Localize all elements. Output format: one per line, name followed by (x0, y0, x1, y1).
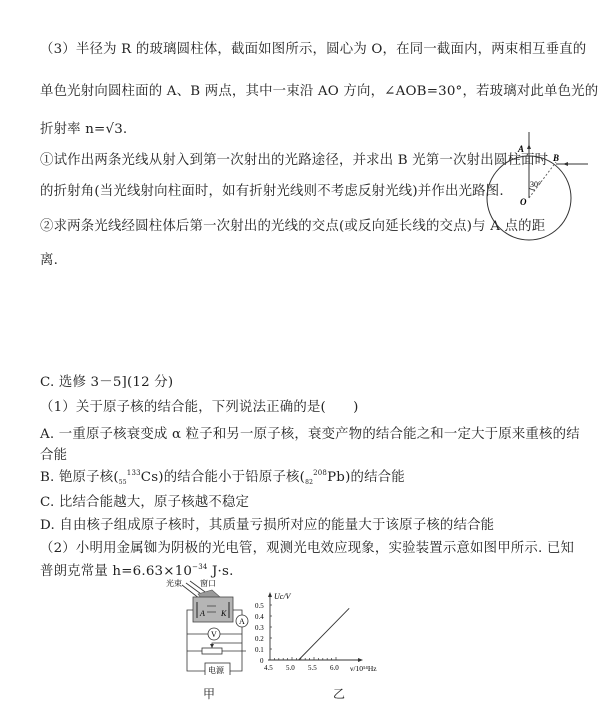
option-A-line-1: A. 一重原子核衰变成 α 粒子和另一原子核，衰变产物的结合能之和一定大于原来重… (40, 423, 580, 442)
label-cathode: K (220, 609, 227, 618)
x-tick-marks (274, 657, 336, 660)
label-O: O (520, 197, 527, 207)
wire-right-lower (230, 627, 242, 671)
option-C: C. 比结合能越大，原子核越不稳定 (40, 491, 249, 510)
y-tick-0.4: 0.4 (255, 613, 264, 621)
refraction-index-label: 折射率 n= (40, 122, 105, 137)
ray-B-arrow-icon (563, 162, 568, 166)
pb-symbol: Pb (327, 470, 345, 485)
pb-mass-number: 208 (313, 469, 327, 477)
option-B: B. 铯原子核(55133Cs)的结合能小于铅原子核(82208Pb)的结合能 (40, 466, 405, 486)
label-window: 窗口 (200, 578, 216, 588)
power-supply-label: 电源 (208, 665, 225, 675)
y-tick-0.1: 0.1 (255, 646, 264, 654)
x-tick-6.0: 6.0 (330, 664, 339, 672)
cs-mass-number: 133 (127, 469, 141, 477)
wire-right (233, 610, 242, 615)
cs-atomic-number: 55 (119, 479, 127, 486)
y-tick-0.5: 0.5 (255, 602, 264, 610)
figure-caption-jia: 甲 (203, 685, 215, 702)
glass-cylinder-figure: A B O 30° (470, 120, 600, 260)
option-D: D. 自由核子组成原子核时，其质量亏损所对应的能量大于该原子核的结合能 (40, 514, 494, 533)
option-B-suffix: )的结合能 (345, 470, 405, 485)
voltmeter-label: V (211, 630, 217, 639)
x-tick-4.5: 4.5 (264, 664, 273, 672)
label-B: B (552, 153, 559, 163)
q3-part2-line-2: 离. (40, 249, 58, 268)
label-anode: A (199, 609, 205, 618)
y-tick-0.3: 0.3 (255, 624, 264, 632)
angle-label: 30° (530, 180, 541, 189)
cs-symbol: Cs (141, 470, 159, 485)
figure-caption-yi: 乙 (333, 685, 345, 702)
label-A: A (517, 144, 524, 154)
pb-nuclide: 82208Pb (305, 470, 345, 485)
rheostat-slider (212, 643, 242, 648)
section-c-header: C. 选修 3－5](12 分) (40, 371, 173, 390)
slider-arrow-icon (210, 644, 214, 648)
x-tick-5.0: 5.0 (286, 664, 295, 672)
rheostat-icon (202, 648, 222, 654)
ammeter-label: A (239, 617, 245, 626)
refraction-index-value: √3. (105, 122, 127, 137)
phototube-box (193, 597, 233, 622)
x-axis-arrow-icon (358, 658, 363, 662)
cs-nuclide: 55133Cs (119, 470, 159, 485)
photoelectric-circuit-figure: 光束 窗口 A K A V 电源 (160, 575, 260, 675)
q2-line-1: （2）小明用金属铷为阴极的光电管，观测光电效应现象，实验装置示意如图甲所示. 已… (40, 537, 574, 556)
y-tick-0.2: 0.2 (255, 635, 264, 643)
y-axis-arrow-icon (268, 592, 272, 597)
label-light-beam: 光束 (166, 578, 182, 588)
option-A-line-2: 合能 (40, 444, 67, 463)
planck-exponent: −34 (192, 563, 207, 571)
data-series-line (299, 608, 350, 660)
x-tick-5.5: 5.5 (308, 664, 317, 672)
q3-line-1: （3）半径为 R 的玻璃圆柱体，截面如图所示，圆心为 O，在同一截面内，两束相互… (40, 38, 586, 57)
q3-line-3: 折射率 n=√3. (40, 118, 127, 137)
q1-stem: （1）关于原子核的结合能，下列说法正确的是( ) (40, 396, 359, 415)
y-axis-label: Uc/V (274, 592, 292, 601)
option-B-prefix: B. 铯原子核( (40, 470, 119, 485)
stopping-voltage-chart: Uc/V ν/10¹⁴Hz 0 0.1 0.2 0.3 0.4 0.5 4.5 … (250, 585, 390, 680)
x-axis-label: ν/10¹⁴Hz (350, 664, 377, 673)
q3-line-2: 单色光射向圆柱面的 A、B 两点，其中一束沿 AO 方向，∠AOB=30°，若玻… (40, 80, 598, 99)
pb-atomic-number: 82 (305, 479, 313, 486)
q3-part1-line-2: 的折射角(当光线射向柱面时，如有折射光线则不考虑反射光线)并作出光路图. (40, 180, 504, 199)
option-B-middle: )的结合能小于铅原子核( (158, 470, 305, 485)
ray-A-arrow-icon (527, 144, 531, 149)
